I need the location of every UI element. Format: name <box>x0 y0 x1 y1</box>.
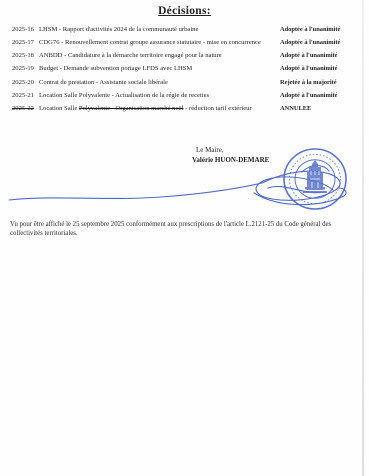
decisions-list: 2025-16 LHSM - Rapport d'activités 2024 … <box>12 26 363 118</box>
decision-description-prefix: Location Salle <box>39 105 79 112</box>
decision-status: Adopté à l'unanimité <box>280 52 363 60</box>
table-row: 2025-17 CDG76 - Renouvellement contrat g… <box>12 39 363 52</box>
table-row: 2025-21 Location Salle Polyvalente - Act… <box>12 92 363 105</box>
decision-description: LHSM - Rapport d'activités 2024 de la co… <box>39 26 278 34</box>
decision-description: ANBDD - Candidature à la démarche territ… <box>39 52 278 60</box>
decision-status: Adoptée à l'unanimité <box>280 39 363 47</box>
table-row-cancelled: 2025-22 Location Salle Polyvalente - Org… <box>12 105 363 118</box>
decision-description: Location Salle Polyvalente - Organisatio… <box>39 105 278 113</box>
decision-number: 2025-18 <box>12 52 37 60</box>
document-page: Décisions: 2025-16 LHSM - Rapport d'acti… <box>0 0 369 476</box>
decision-number: 2025-20 <box>12 79 37 87</box>
decision-status: Adoptée à l'unanimité <box>280 26 363 34</box>
decision-description-struck: Polyvalente - Organisation marché noël <box>79 105 184 112</box>
decision-status: Adopté à l'unanimité <box>280 92 363 100</box>
municipal-seal-stamp-icon <box>281 147 349 213</box>
decision-description: Budget - Demande subvention portage LFDS… <box>39 65 278 73</box>
decision-status: Rejetée à la majorité <box>280 79 363 87</box>
table-row: 2025-19 Budget - Demande subvention port… <box>12 65 363 78</box>
decision-number: 2025-17 <box>12 39 37 47</box>
decision-description: Contrat de prestation - Assistante socia… <box>39 79 278 87</box>
decision-number: 2025-21 <box>12 92 37 100</box>
decision-description: CDG76 - Renouvellement contrat groupe as… <box>39 39 278 47</box>
decision-status: Adopté à l'unanimité <box>280 65 363 73</box>
page-title: Décisions: <box>0 5 369 17</box>
decision-status: ANNULEE <box>280 105 363 113</box>
decision-number: 2025-22 <box>12 105 37 113</box>
decision-number: 2025-19 <box>12 65 37 73</box>
decision-description: Location Salle Polyvalente - Actualisati… <box>39 92 278 100</box>
decision-description-suffix: - réduction tarif extérieur <box>184 105 252 112</box>
decision-number: 2025-16 <box>12 26 37 34</box>
table-row: 2025-18 ANBDD - Candidature à la démarch… <box>12 52 363 65</box>
certification-footer: Vu pour être affiché le 25 septembre 202… <box>10 221 362 238</box>
table-row: 2025-16 LHSM - Rapport d'activités 2024 … <box>12 26 363 39</box>
table-row: 2025-20 Contrat de prestation - Assistan… <box>12 79 363 92</box>
